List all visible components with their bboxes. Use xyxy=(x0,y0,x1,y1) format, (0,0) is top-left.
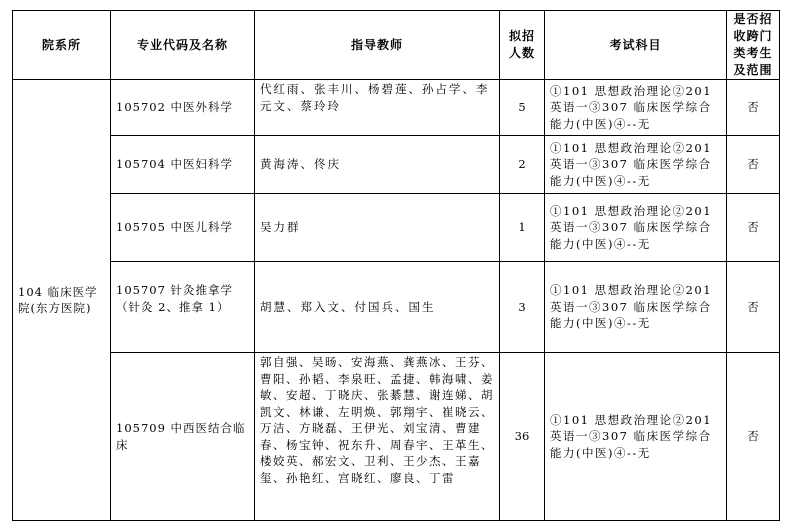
header-major: 专业代码及名称 xyxy=(111,11,255,80)
table-row: 105704 中医妇科学 黄海涛、佟庆 2 ①101 思想政治理论②201 英语… xyxy=(13,136,780,194)
major-cell: 105707 针灸推拿学（针灸 2、推拿 1） xyxy=(111,262,255,353)
table-row: 105705 中医儿科学 吴力群 1 ①101 思想政治理论②201 英语一③3… xyxy=(13,194,780,262)
quota-cell: 2 xyxy=(500,136,545,194)
cross-cell: 否 xyxy=(727,136,780,194)
teachers-cell: 代红雨、张丰川、杨碧莲、孙占学、李元文、蔡玲玲 xyxy=(255,80,500,136)
major-cell: 105704 中医妇科学 xyxy=(111,136,255,194)
header-subjects: 考试科目 xyxy=(545,11,727,80)
department-cell: 104 临床医学院(东方医院) xyxy=(13,80,111,521)
teachers-cell: 黄海涛、佟庆 xyxy=(255,136,500,194)
header-department: 院系所 xyxy=(13,11,111,80)
teachers-cell: 郭自强、吴旸、安海燕、龚燕冰、王芬、曹阳、孙韬、李泉旺、孟捷、韩海啸、姜敏、安超… xyxy=(255,353,500,521)
header-cross: 是否招收跨门类考生及范围 xyxy=(727,11,780,80)
header-teachers: 指导教师 xyxy=(255,11,500,80)
cross-cell: 否 xyxy=(727,353,780,521)
quota-cell: 1 xyxy=(500,194,545,262)
subjects-cell: ①101 思想政治理论②201 英语一③307 临床医学综合能力(中医)④--无 xyxy=(545,262,727,353)
admissions-table: 院系所 专业代码及名称 指导教师 拟招人数 考试科目 是否招收跨门类考生及范围 … xyxy=(12,10,780,521)
subjects-cell: ①101 思想政治理论②201 英语一③307 临床医学综合能力(中医)④--无 xyxy=(545,353,727,521)
teachers-cell: 吴力群 xyxy=(255,194,500,262)
major-cell: 105705 中医儿科学 xyxy=(111,194,255,262)
table-row: 105709 中西医结合临床 郭自强、吴旸、安海燕、龚燕冰、王芬、曹阳、孙韬、李… xyxy=(13,353,780,521)
header-quota: 拟招人数 xyxy=(500,11,545,80)
quota-cell: 3 xyxy=(500,262,545,353)
cross-cell: 否 xyxy=(727,80,780,136)
quota-cell: 5 xyxy=(500,80,545,136)
quota-cell: 36 xyxy=(500,353,545,521)
subjects-cell: ①101 思想政治理论②201 英语一③307 临床医学综合能力(中医)④--无 xyxy=(545,80,727,136)
cross-cell: 否 xyxy=(727,262,780,353)
table-row: 104 临床医学院(东方医院) 105702 中医外科学 代红雨、张丰川、杨碧莲… xyxy=(13,80,780,136)
major-cell: 105702 中医外科学 xyxy=(111,80,255,136)
subjects-cell: ①101 思想政治理论②201 英语一③307 临床医学综合能力(中医)④--无 xyxy=(545,194,727,262)
table-row: 105707 针灸推拿学（针灸 2、推拿 1） 胡慧、郑入文、付国兵、国生 3 … xyxy=(13,262,780,353)
subjects-cell: ①101 思想政治理论②201 英语一③307 临床医学综合能力(中医)④--无 xyxy=(545,136,727,194)
cross-cell: 否 xyxy=(727,194,780,262)
header-row: 院系所 专业代码及名称 指导教师 拟招人数 考试科目 是否招收跨门类考生及范围 xyxy=(13,11,780,80)
major-cell: 105709 中西医结合临床 xyxy=(111,353,255,521)
teachers-cell: 胡慧、郑入文、付国兵、国生 xyxy=(255,262,500,353)
